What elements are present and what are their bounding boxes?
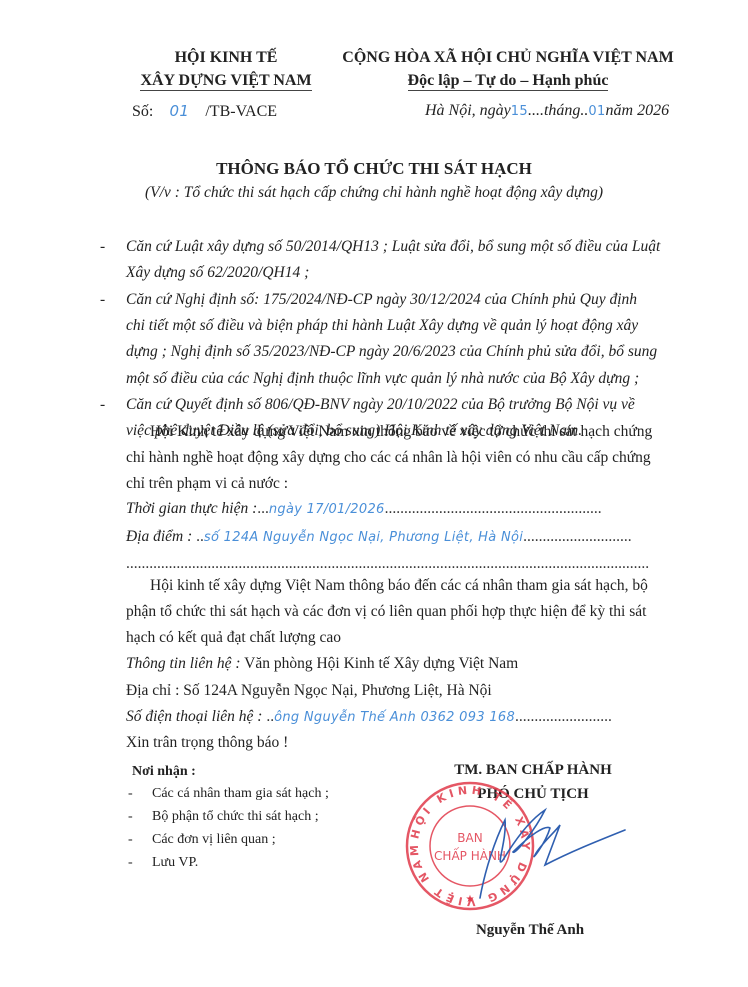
notice-line: phận tổ chức thi sát hạch và các đơn vị … [126,603,646,621]
org-name-line2-text: XÂY DỰNG VIỆT NAM [140,72,311,91]
date-year: năm 2026 [606,102,670,119]
closing-text: Xin trân trọng thông báo ! [126,734,288,752]
date-month: 01 [588,104,605,119]
contact-address: Địa chỉ : Số 124A Nguyễn Ngọc Nại, Phươn… [126,682,492,700]
recipient-item: Bộ phận tổ chức thi sát hạch ; [152,809,319,825]
date-month-label: ....tháng.. [528,102,588,119]
intro-line: chỉ hành nghề hoạt động xây dựng cho các… [126,449,651,467]
phone-value: ông Nguyễn Thế Anh 0362 093 168 [274,710,515,725]
document-number: Số: 01 /TB-VACE [132,102,277,121]
location-value: số 124A Nguyễn Ngọc Nại, Phương Liệt, Hà… [204,530,523,545]
legal-basis-line: Căn cứ Luật xây dựng số 50/2014/QH13 ; L… [126,238,660,256]
legal-basis-line: Xây dựng số 62/2020/QH14 ; [126,264,309,282]
recipient-item: Các cá nhân tham gia sát hạch ; [152,786,329,802]
official-stamp-and-signature: HỘI KINH TẾ XÂY DỰNG VIỆT NAM BAN CHẤP H… [395,780,655,920]
bullet-dash: - [128,786,133,802]
svg-text:BAN: BAN [457,831,482,845]
date-day: 15 [511,104,528,119]
legal-basis-line: một số điều của các Nghị định thuộc lĩnh… [126,370,639,388]
nation-motto: Độc lập – Tự do – Hạnh phúc [318,72,698,90]
notice-line: Hội kinh tế xây dựng Việt Nam thông báo … [150,577,648,595]
svg-text:HỘI KINH TẾ XÂY DỰNG VIỆT NAM: HỘI KINH TẾ XÂY DỰNG VIỆT NAM [408,784,532,908]
number-label: Số: [132,103,153,120]
contact-info: Thông tin liên hệ : Văn phòng Hội Kinh t… [126,655,518,673]
recipient-item: Lưu VP. [152,855,198,871]
number-suffix: /TB-VACE [205,103,277,120]
bullet-dash: - [100,238,105,256]
org-name-line2: XÂY DỰNG VIỆT NAM [120,72,332,90]
contact-info-label: Thông tin liên hệ : [126,655,241,672]
org-name-line1: HỘI KINH TẾ [126,49,326,67]
document-subtitle: (V/v : Tổ chức thi sát hạch cấp chứng ch… [100,184,648,202]
bullet-dash: - [128,855,133,871]
document-title: THÔNG BÁO TỔ CHỨC THI SÁT HẠCH [100,159,648,179]
signatory-name: Nguyễn Thế Anh [430,922,630,939]
location-label: Địa điểm : [126,528,192,545]
bullet-dash: - [100,396,105,414]
bullet-dash: - [100,291,105,309]
nation-title: CỘNG HÒA XÃ HỘI CHỦ NGHĨA VIỆT NAM [318,49,698,67]
nation-motto-text: Độc lập – Tự do – Hạnh phúc [408,72,609,91]
recipients-title: Nơi nhận : [132,764,196,780]
phone-label: Số điện thoại liên hệ : [126,708,262,725]
location-field: Địa điểm : ..số 124A Nguyễn Ngọc Nại, Ph… [126,528,632,546]
bullet-dash: - [128,832,133,848]
stamp-icon: HỘI KINH TẾ XÂY DỰNG VIỆT NAM BAN CHẤP H… [407,783,533,909]
number-value: 01 [157,102,201,120]
location-continuation-line: ........................................… [126,555,650,573]
date-prefix: Hà Nội, ngày [425,102,511,119]
svg-text:CHẤP HÀNH: CHẤP HÀNH [434,847,506,863]
signature-title: TM. BAN CHẤP HÀNH [418,762,648,779]
contact-info-value: Văn phòng Hội Kinh tế Xây dựng Việt Nam [244,655,518,672]
recipient-item: Các đơn vị liên quan ; [152,832,276,848]
bullet-dash: - [128,809,133,825]
notice-line: hạch có kết quả đạt chất lượng cao [126,629,341,647]
contact-phone: Số điện thoại liên hệ : ..ông Nguyễn Thế… [126,708,612,726]
intro-line: chỉ trên phạm vi cả nước : [126,475,288,493]
time-label: Thời gian thực hiện : [126,500,257,517]
intro-line: Hội Kinh tế xây dựng Việt Nam xin thông … [150,423,652,441]
time-value: ngày 17/01/2026 [269,502,385,517]
document-date: Hà Nội, ngày15....tháng..01năm 2026 [425,102,669,120]
svg-text:★: ★ [466,894,475,905]
legal-basis-line: chi tiết một số điều và biện pháp thi hà… [126,317,638,335]
legal-basis-line: Căn cứ Quyết định số 806/QĐ-BNV ngày 20/… [126,396,635,414]
legal-basis-line: Căn cứ Nghị định số: 175/2024/NĐ-CP ngày… [126,291,637,309]
legal-basis-line: dựng ; Nghị định số 35/2023/NĐ-CP ngày 2… [126,343,657,361]
time-field: Thời gian thực hiện :...ngày 17/01/2026.… [126,500,602,518]
